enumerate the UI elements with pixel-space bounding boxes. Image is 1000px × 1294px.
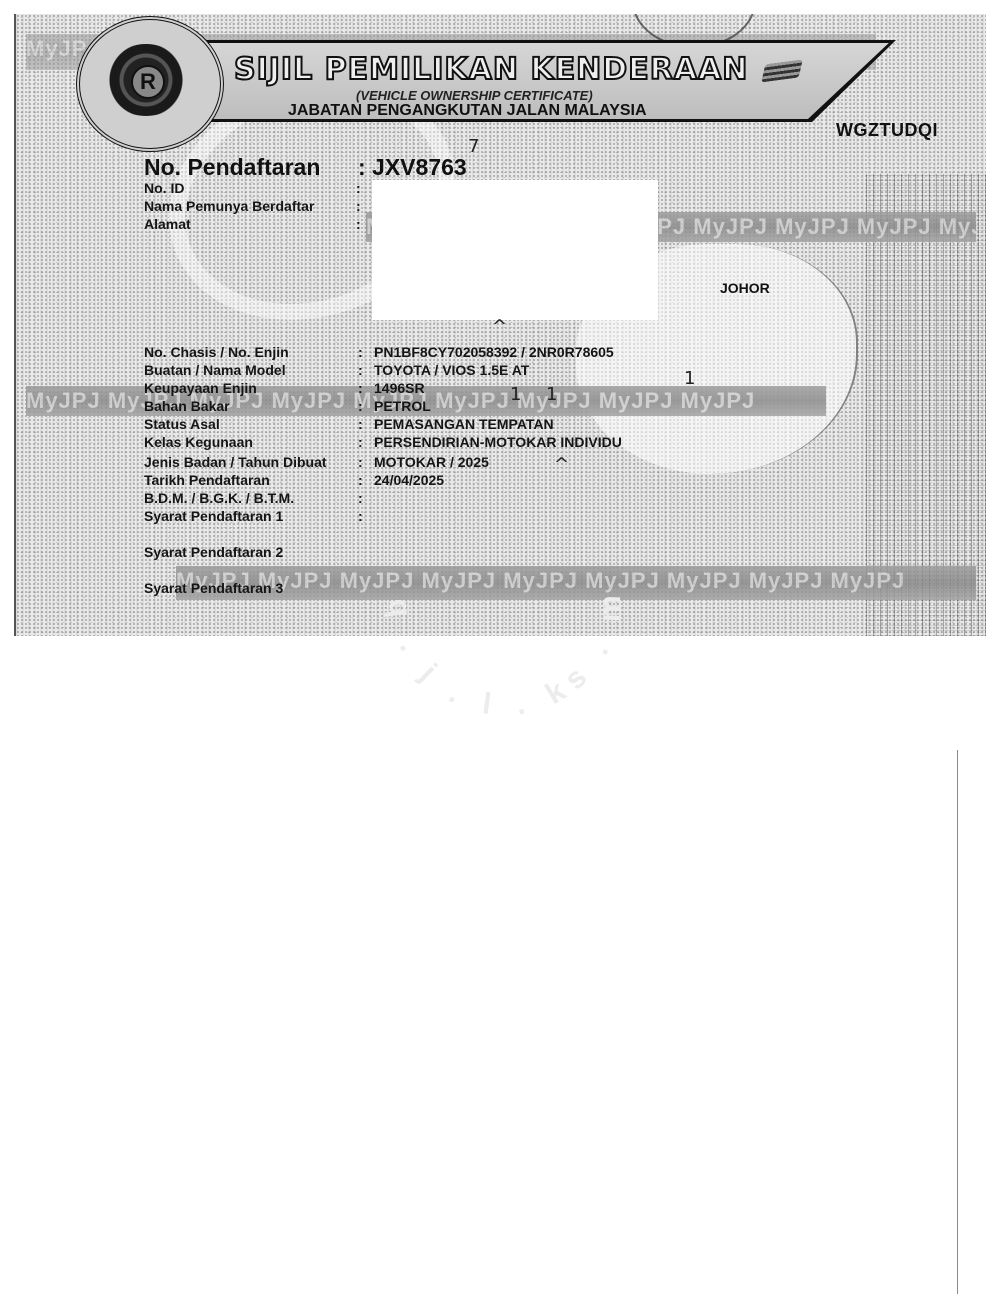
- vehicle-ownership-certificate: MyJPJ MyJPJ MyJPJ MyJPJ MyJPJ MyJPJ MyJP…: [14, 14, 986, 636]
- handwritten-mark: 1: [684, 368, 695, 389]
- handwritten-mark: ^: [554, 454, 569, 475]
- field-label: Nama Pemunya Berdaftar: [144, 198, 314, 214]
- handwritten-mark: 1: [510, 384, 521, 405]
- handwritten-mark: 7: [468, 136, 479, 157]
- page-edge-line: [957, 750, 958, 1294]
- handwritten-mark: ^: [492, 316, 507, 337]
- registration-number-value: : JXV8763: [358, 154, 467, 181]
- watermark-band: MyJPJ MyJPJ MyJPJ MyJPJ MyJPJ MyJPJ MyJP…: [176, 566, 976, 600]
- field-label: No. ID: [144, 180, 184, 196]
- field-label: Alamat: [144, 216, 191, 232]
- jpj-emblem-icon: R: [76, 16, 224, 152]
- certificate-title: SIJIL PEMILIKAN KENDERAAN: [234, 52, 748, 87]
- redacted-owner-details: [372, 180, 658, 320]
- issuing-agency: JABATAN PENGANGKUTAN JALAN MALAYSIA: [288, 102, 647, 120]
- serial-code: WGZTUDQI: [836, 120, 938, 141]
- address-state: JOHOR: [720, 280, 770, 296]
- emblem-letter: R: [131, 65, 165, 99]
- handwritten-mark: 1: [546, 384, 557, 405]
- certificate-subtitle: (VEHICLE OWNERSHIP CERTIFICATE): [356, 88, 593, 103]
- registration-number-label: No. Pendaftaran: [144, 154, 320, 181]
